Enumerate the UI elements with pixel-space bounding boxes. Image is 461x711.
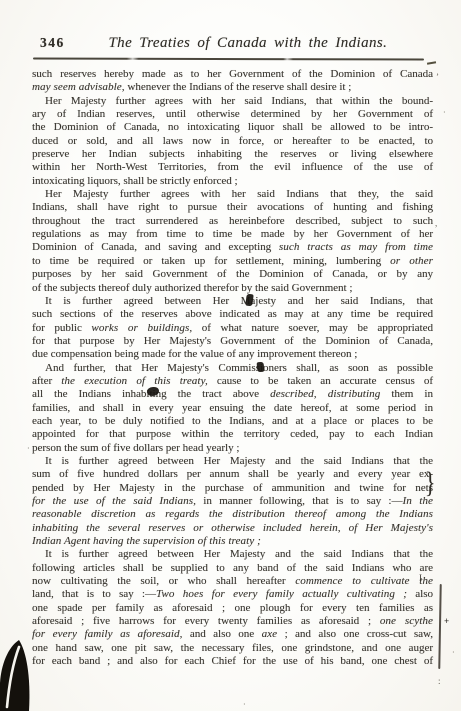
text-line: for that purpose by Her Majesty's Govern… (32, 335, 433, 348)
text-line: may seem advisable, whenever the Indians… (32, 81, 433, 94)
text-line: person the sum of five dollars per head … (32, 442, 433, 455)
text-line: all the Indians inhabiting the tract abo… (32, 388, 433, 401)
text-line: appointed for that purpose within the te… (32, 428, 433, 441)
text-line: Indian Agent having the supervision of t… (32, 535, 433, 548)
text-line: land, that is to say :—Two hoes for ever… (32, 588, 433, 601)
text-line: pended by Her Majesty in the purchase of… (32, 482, 433, 495)
paragraph: It is further agreed between Her Majesty… (32, 548, 433, 668)
text-line: Indians, shall have right to pursue thei… (32, 201, 433, 214)
text-line: for public works or buildings, of what n… (32, 322, 433, 335)
text-line: It is further agreed between Her Majesty… (32, 548, 433, 561)
paragraph: It is further agreed between Her Majesty… (32, 455, 433, 548)
margin-brace-mark: } (425, 468, 436, 498)
text-line: regulations as may from time to time be … (32, 228, 433, 241)
text-line: Dominion of Canada, and saving and excep… (32, 241, 433, 254)
text-line: each year, to be duly notified to the In… (32, 415, 433, 428)
text-line: inhabiting the several reserves or other… (32, 522, 433, 535)
text-block: such reserves hereby made as to her Gove… (32, 68, 433, 668)
running-head: 346 The Treaties of Canada with the Indi… (40, 35, 431, 52)
text-line: one hand saw, one pit saw, the necessary… (32, 642, 433, 655)
text-line: within her North-West Territories, from … (32, 161, 433, 174)
text-line: intoxicating liquors, shall be strictly … (32, 175, 433, 188)
text-line: duced or sold, and all laws now in force… (32, 135, 433, 148)
book-page: 346 The Treaties of Canada with the Indi… (0, 0, 461, 711)
text-line: such sections of the reserves above indi… (32, 308, 433, 321)
text-line: ary of Indian reserves, until otherwise … (32, 108, 433, 121)
paragraph: And further, that Her Majesty's Commissi… (32, 362, 433, 455)
header-rule-dash (427, 61, 436, 64)
margin-pen-line (438, 584, 441, 669)
text-line: of the subjects thereof duly authorized … (32, 282, 433, 295)
text-line: aforesaid ; five harrows for every twent… (32, 615, 433, 628)
text-line: the Dominion of Canada, no intoxicating … (32, 121, 433, 134)
text-line: for the use of the said Indians, in mann… (32, 495, 433, 508)
scan-speck: , (435, 218, 437, 228)
text-line: after the execution of this treaty, caus… (32, 375, 433, 388)
text-line: sum of five hundred dollars per annum sh… (32, 468, 433, 481)
corner-scan-artifact (0, 633, 40, 711)
header-rule (33, 57, 424, 60)
scan-speck: · (443, 108, 446, 117)
text-line: families, and shall in every year ensuin… (32, 402, 433, 415)
paragraph: Her Majesty further agrees with her said… (32, 95, 433, 188)
text-line: purposes by her said Government of the D… (32, 268, 433, 281)
text-line: such reserves hereby made as to her Gove… (32, 68, 433, 81)
text-line: And further, that Her Majesty's Commissi… (32, 362, 433, 375)
text-line: following articles shall be supplied to … (32, 562, 433, 575)
scan-speck: : (438, 676, 441, 686)
paragraph: Her Majesty further agrees with her said… (32, 188, 433, 295)
text-line: It is further agreed between Her Majesty… (32, 455, 433, 468)
text-line: one spade per family as aforesaid ; one … (32, 602, 433, 615)
running-title: The Treaties of Canada with the Indians. (65, 35, 431, 52)
text-line: preserve her Indian subjects inhabiting … (32, 148, 433, 161)
text-line: It is further agreed between Her Majesty… (32, 295, 433, 308)
ink-blot (257, 362, 265, 373)
scan-speck: · (243, 700, 246, 709)
text-line: to time be required or taken up for sett… (32, 255, 433, 268)
margin-cross-mark: + (444, 616, 449, 626)
text-line: now cultivating the soil, or who shall h… (32, 575, 433, 588)
scan-speck: · (27, 444, 30, 453)
text-line: for each band ; and also for each Chief … (32, 655, 433, 668)
scan-speck: · (452, 648, 455, 657)
paragraph: It is further agreed between Her Majesty… (32, 295, 433, 362)
scan-speck: ’ (436, 72, 439, 82)
margin-tick-mark: I (419, 573, 422, 583)
paragraph: such reserves hereby made as to her Gove… (32, 68, 433, 95)
text-line: for every family as aforesaid, and also … (32, 628, 433, 641)
page-number: 346 (40, 35, 65, 51)
text-line: throughout the tract surrendered as here… (32, 215, 433, 228)
text-line: Her Majesty further agrees with her said… (32, 95, 433, 108)
text-line: Her Majesty further agrees with her said… (32, 188, 433, 201)
text-line: reasonable discretion as regards the dis… (32, 508, 433, 521)
text-line: due compensation being made for the valu… (32, 348, 433, 361)
